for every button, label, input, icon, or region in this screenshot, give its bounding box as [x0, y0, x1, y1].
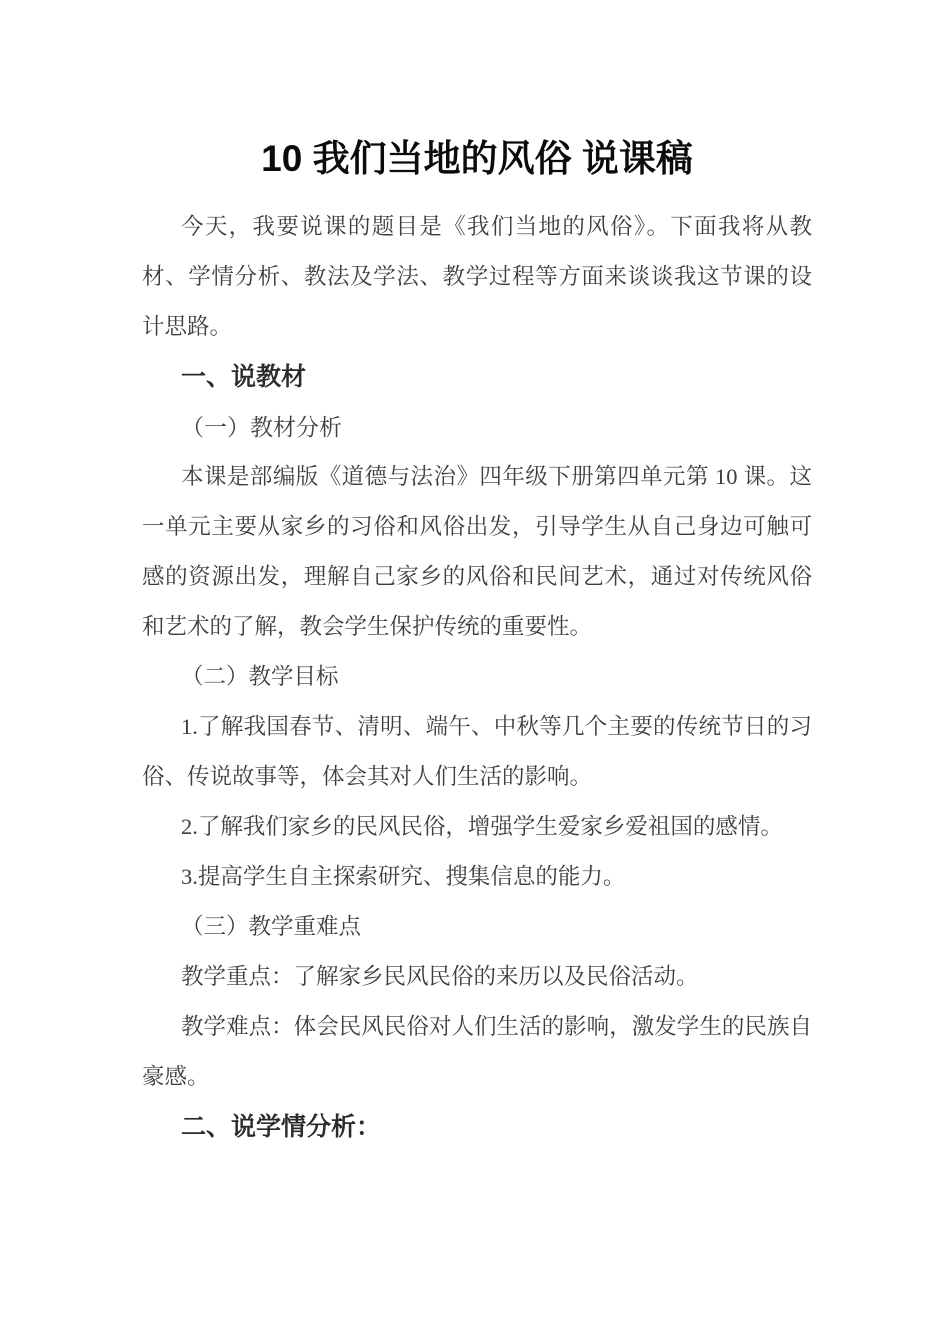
body-paragraph: 1.了解我国春节、清明、端午、中秋等几个主要的传统节日的习俗、传说故事等，体会其…: [142, 702, 812, 802]
body-paragraph: 教学难点：体会民风民俗对人们生活的影响，激发学生的民族自豪感。: [142, 1002, 812, 1102]
body-paragraph: 今天，我要说课的题目是《我们当地的风俗》。下面我将从教材、学情分析、教法及学法、…: [142, 202, 812, 352]
body-paragraph: 本课是部编版《道德与法治》四年级下册第四单元第 10 课。这一单元主要从家乡的习…: [142, 452, 812, 652]
body-paragraph: 教学重点：了解家乡民风民俗的来历以及民俗活动。: [142, 952, 812, 1002]
subsection-heading: （三）教学重难点: [142, 902, 812, 952]
section-heading: 二、说学情分析：: [142, 1102, 812, 1152]
document-body: 今天，我要说课的题目是《我们当地的风俗》。下面我将从教材、学情分析、教法及学法、…: [142, 202, 812, 1152]
body-paragraph: 2.了解我们家乡的民风民俗，增强学生爱家乡爱祖国的感情。: [142, 802, 812, 852]
body-paragraph: 3.提高学生自主探索研究、搜集信息的能力。: [142, 852, 812, 902]
subsection-heading: （一）教材分析: [142, 402, 812, 452]
subsection-heading: （二）教学目标: [142, 652, 812, 702]
section-heading: 一、说教材: [142, 352, 812, 402]
document-title: 10 我们当地的风俗 说课稿: [142, 136, 812, 182]
document-page: 10 我们当地的风俗 说课稿 今天，我要说课的题目是《我们当地的风俗》。下面我将…: [0, 0, 950, 1344]
